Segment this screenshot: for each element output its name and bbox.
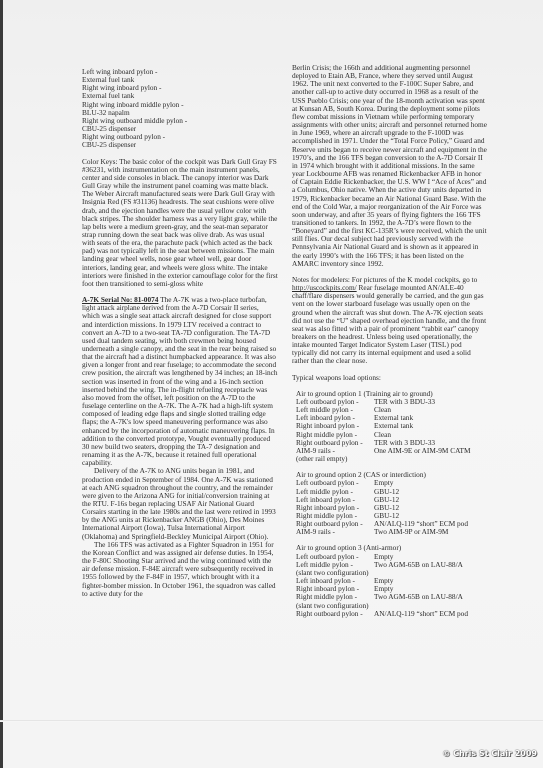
page-edge-shadow [0,0,3,768]
copyright-watermark: © Chris St Clair 2009 [442,749,537,758]
store: External tank [374,422,488,430]
delivery-paragraph: Delivery of the A-7K to ANG units began … [82,467,278,540]
pylon-line: CBU-25 dispenser [82,141,278,149]
notes-paragraph: Notes for modelers: For pictures of the … [292,276,488,366]
station: AIM-9 rails - [296,528,374,536]
serial-paragraph: A-7K Serial No: 81-0074 The A-7K was a t… [82,296,278,467]
load-option-3: Air to ground option 3 (Anti-armor) Left… [292,544,488,617]
left-column: Left wing inboard pylon - External fuel … [82,68,278,598]
load-row: Right outboard pylon -AN/ALQ-119 “short”… [296,610,488,618]
store: One AIM-9E or AIM-9M CATM [374,447,488,455]
document-page: Left wing inboard pylon - External fuel … [0,0,543,768]
color-keys-paragraph: Color Keys: The basic color of the cockp… [82,158,278,289]
store: Two AIM-9P or AIM-9M [374,528,488,536]
notes-suffix: Rear fuselage mounted AN/ALE-40 chaff/fl… [292,283,486,365]
load-option-2: Air to ground option 2 (CAS or interdict… [292,471,488,536]
pylon-list: Left wing inboard pylon - External fuel … [82,68,278,150]
weapons-heading: Typical weapons load options: [292,374,488,382]
store: AN/ALQ-119 “short” ECM pod [374,610,488,618]
station: Right outboard pylon - [296,610,374,618]
load-row: AIM-9 rails -Two AIM-9P or AIM-9M [296,528,488,536]
store: Two AGM-65B on LAU-88/A [374,593,488,601]
page-fold-line [0,720,543,722]
right-column: Berlin Crisis; the 166th and additional … [292,64,488,618]
station: (other rail empty) [296,455,374,463]
store: Two AGM-65B on LAU-88/A [374,561,488,569]
tfs-paragraph: The 166 TFS was activated as a Fighter S… [82,541,278,598]
load-option-1: Air to ground option 1 (Training air to … [292,390,488,463]
store: TER with 3 BDU-33 [374,398,488,406]
history-paragraph: Berlin Crisis; the 166th and additional … [292,64,488,268]
store [374,455,488,463]
serial-text: The A-7K was a two-place turbofan, light… [82,295,278,467]
load-row: (other rail empty) [296,455,488,463]
